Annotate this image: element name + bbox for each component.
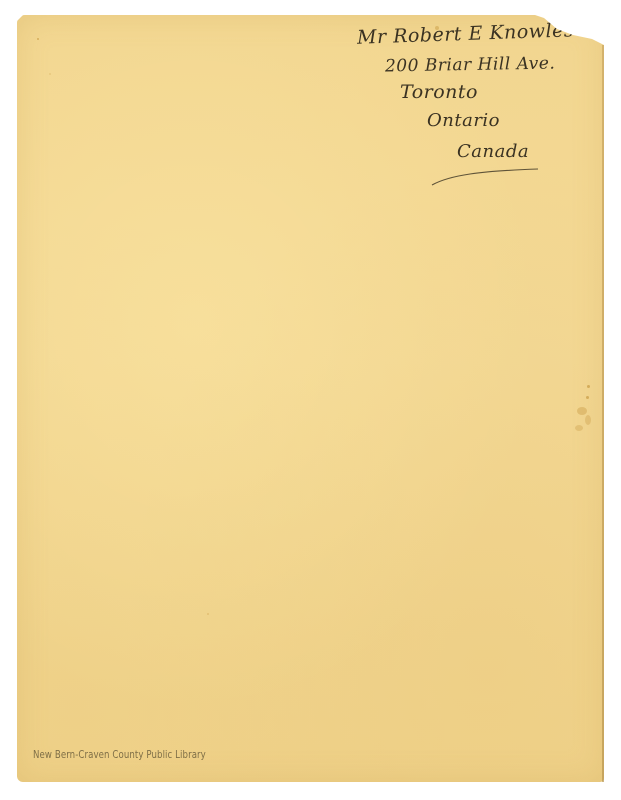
ink-spot: [207, 613, 209, 615]
scanned-document: Mr Robert E Knowles 200 Briar Hill Ave. …: [0, 0, 621, 800]
ink-spot: [586, 396, 589, 399]
foxing-stain: [585, 415, 591, 425]
address-province: Ontario: [427, 110, 500, 131]
address-street: 200 Briar Hill Ave.: [385, 54, 556, 77]
paper-edge-shadow: [602, 45, 604, 782]
address-city: Toronto: [400, 81, 478, 103]
foxing-stain: [575, 425, 583, 431]
paper-sheet: Mr Robert E Knowles 200 Briar Hill Ave. …: [17, 15, 604, 782]
library-watermark: New Bern-Craven County Public Library: [33, 749, 206, 761]
address-country: Canada: [457, 141, 529, 162]
address-name: Mr Robert E Knowles: [357, 19, 575, 49]
flourish-underline: [430, 165, 540, 187]
ink-spot: [587, 385, 590, 388]
ink-spot: [37, 38, 39, 40]
ink-spot: [49, 73, 51, 75]
foxing-stain: [577, 407, 587, 415]
